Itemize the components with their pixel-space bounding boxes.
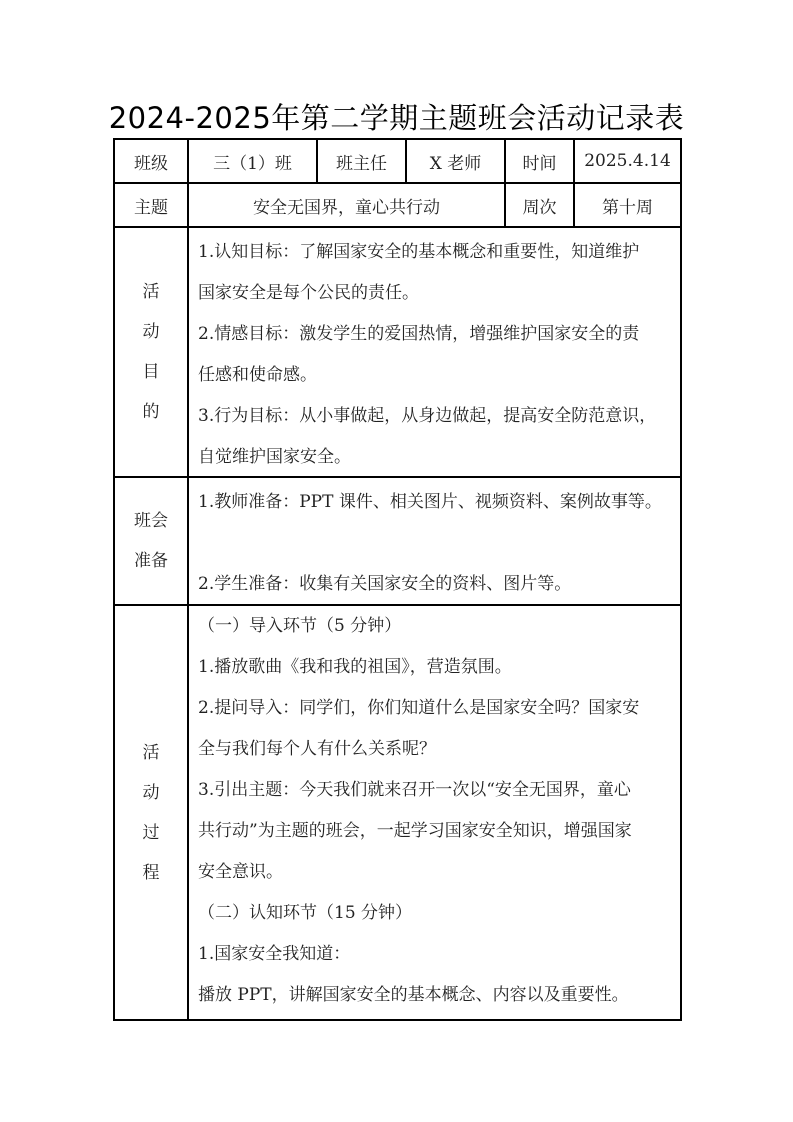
process-line: 2.提问导入：同学们，你们知道什么是国家安全吗？国家安 bbox=[198, 688, 674, 729]
preparation-line: 2.学生准备：收集有关国家安全的资料、图片等。 bbox=[198, 564, 674, 605]
week-label: 周次 bbox=[506, 184, 573, 226]
label-char: 班会 bbox=[134, 501, 168, 541]
objective-line: 3.行为目标：从小事做起，从身边做起，提高安全防范意识， bbox=[198, 396, 674, 437]
label-char: 准备 bbox=[134, 541, 168, 581]
time-value: 2025.4.14 bbox=[575, 140, 680, 182]
page-title: 2024-2025年第二学期主题班会活动记录表 bbox=[0, 96, 793, 137]
process-line: 播放 PPT，讲解国家安全的基本概念、内容以及重要性。 bbox=[198, 975, 674, 1016]
label-char: 过 bbox=[143, 813, 160, 853]
label-char: 动 bbox=[143, 773, 160, 813]
preparation-line: 1.教师准备：PPT 课件、相关图片、视频资料、案例故事等。 bbox=[198, 482, 674, 523]
objective-line: 自觉维护国家安全。 bbox=[198, 437, 674, 478]
theme-label: 主题 bbox=[115, 184, 187, 226]
theme-value: 安全无国界，童心共行动 bbox=[189, 184, 504, 226]
process-line: （二）认知环节（15 分钟） bbox=[198, 893, 674, 934]
class-label: 班级 bbox=[115, 140, 187, 182]
week-value: 第十周 bbox=[575, 184, 680, 226]
process-label: 活 动 过 程 bbox=[115, 606, 187, 1019]
label-char: 活 bbox=[143, 733, 160, 773]
objectives-content: 1.认知目标：了解国家安全的基本概念和重要性，知道维护 国家安全是每个公民的责任… bbox=[189, 228, 680, 476]
objective-line: 任感和使命感。 bbox=[198, 355, 674, 396]
objectives-label: 活 动 目 的 bbox=[115, 228, 187, 476]
objective-line: 国家安全是每个公民的责任。 bbox=[198, 273, 674, 314]
process-content: （一）导入环节（5 分钟） 1.播放歌曲《我和我的祖国》，营造氛围。 2.提问导… bbox=[189, 606, 680, 1019]
class-value: 三（1）班 bbox=[189, 140, 316, 182]
process-line: 共行动”为主题的班会，一起学习国家安全知识，增强国家 bbox=[198, 811, 674, 852]
label-char: 动 bbox=[143, 312, 160, 352]
label-char: 活 bbox=[143, 272, 160, 312]
label-char: 程 bbox=[143, 853, 160, 893]
preparation-line bbox=[198, 523, 674, 564]
preparation-label: 班会 准备 bbox=[115, 478, 187, 604]
process-line: 全与我们每个人有什么关系呢？ bbox=[198, 729, 674, 770]
record-table: 班级 三（1）班 班主任 X 老师 时间 2025.4.14 主题 安全无国界，… bbox=[113, 138, 682, 1021]
objective-line: 2.情感目标：激发学生的爱国热情，增强维护国家安全的责 bbox=[198, 314, 674, 355]
process-line: （一）导入环节（5 分钟） bbox=[198, 606, 674, 647]
process-line: 1.国家安全我知道： bbox=[198, 934, 674, 975]
preparation-content: 1.教师准备：PPT 课件、相关图片、视频资料、案例故事等。 2.学生准备：收集… bbox=[189, 478, 680, 604]
process-line: 3.引出主题：今天我们就来召开一次以“安全无国界，童心 bbox=[198, 770, 674, 811]
teacher-value: X 老师 bbox=[407, 140, 504, 182]
label-char: 的 bbox=[143, 392, 160, 432]
objective-line: 1.认知目标：了解国家安全的基本概念和重要性，知道维护 bbox=[198, 232, 674, 273]
process-line: 1.播放歌曲《我和我的祖国》，营造氛围。 bbox=[198, 647, 674, 688]
teacher-label: 班主任 bbox=[318, 140, 405, 182]
time-label: 时间 bbox=[506, 140, 573, 182]
process-line: 安全意识。 bbox=[198, 852, 674, 893]
label-char: 目 bbox=[143, 352, 160, 392]
